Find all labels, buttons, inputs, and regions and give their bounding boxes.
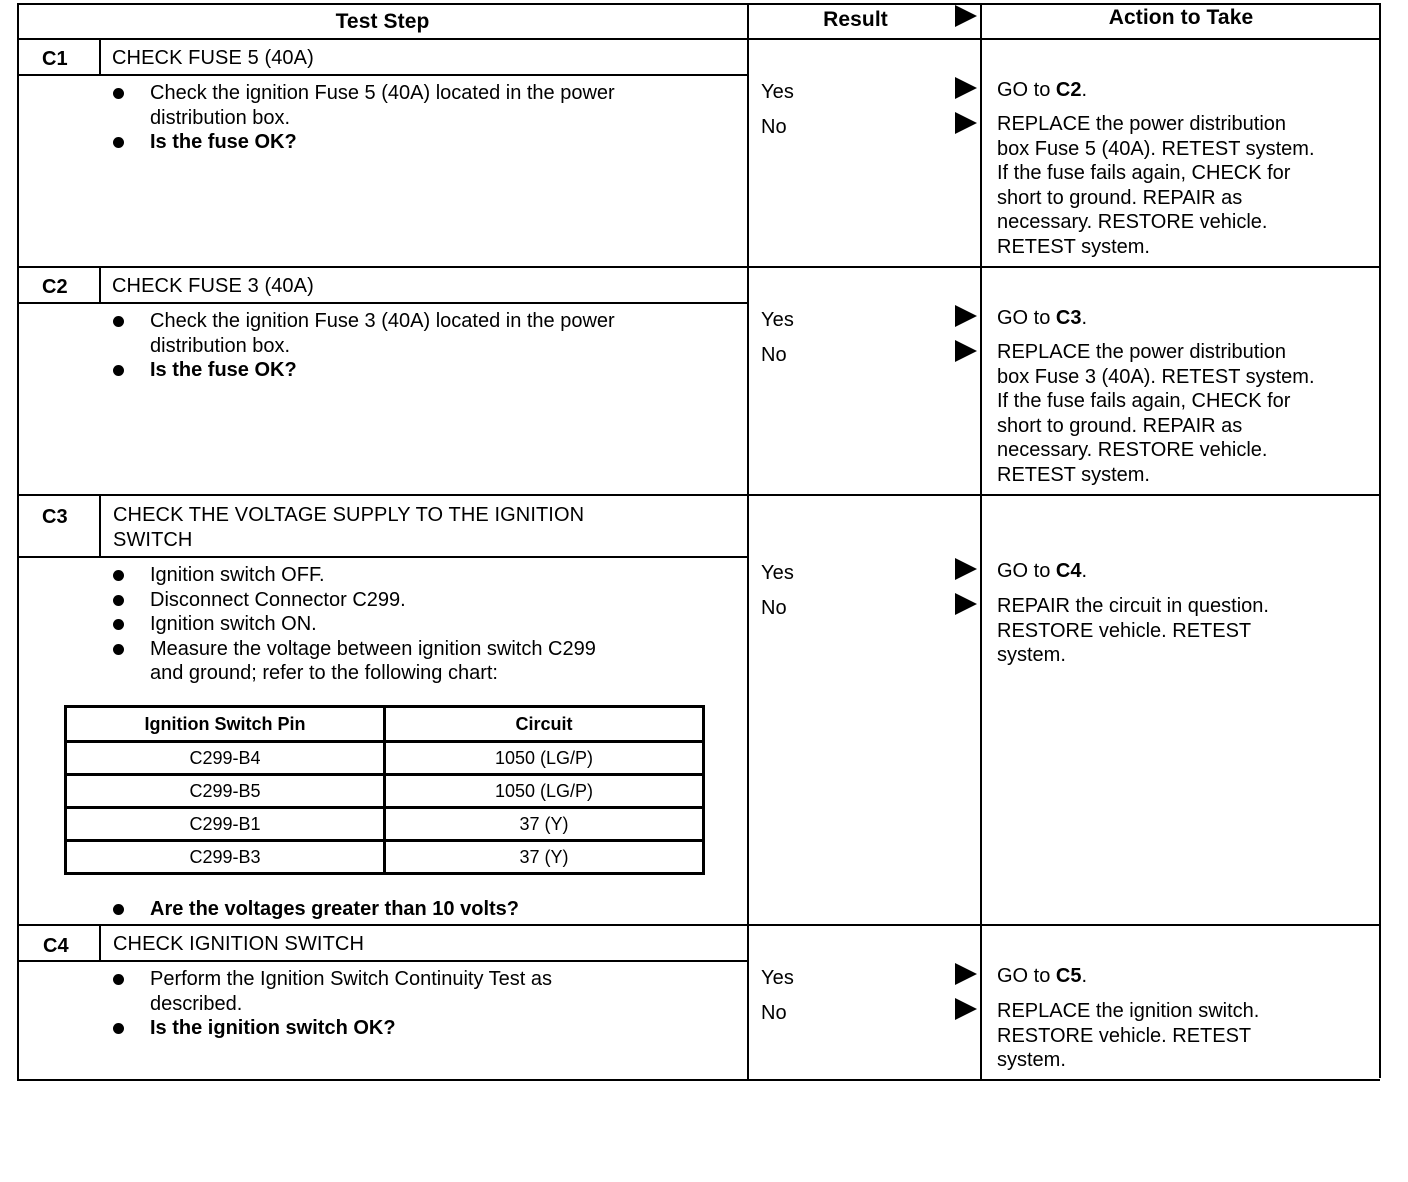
pin-cell: C299-B3 [66, 841, 385, 874]
step-separator [18, 494, 1380, 496]
result-no-c2: No [761, 343, 787, 368]
pin-cell: C299-B5 [66, 775, 385, 808]
step-id-c4: C4 [43, 934, 69, 959]
action-no-c4: REPLACE the ignition switch. RESTORE veh… [997, 999, 1259, 1073]
result-yes-c4: Yes [761, 966, 794, 991]
step-id-divider [99, 268, 101, 303]
pin-cell: C299-B1 [66, 808, 385, 841]
action-no-c2: REPLACE the power distribution box Fuse … [997, 340, 1315, 487]
step-title-underline [18, 74, 749, 76]
instruction-item: Ignition switch ON. [113, 612, 596, 637]
step-separator [18, 266, 1380, 268]
header-action: Action to Take [982, 6, 1380, 31]
no-arrow-icon [955, 998, 977, 1020]
yes-arrow-icon [955, 305, 977, 327]
step-c1-instructions: Check the ignition Fuse 5 (40A) located … [113, 81, 615, 155]
circuit-cell: 1050 (LG/P) [385, 775, 704, 808]
bullet-icon [113, 570, 124, 581]
column-divider-action [980, 3, 982, 1081]
result-yes-c1: Yes [761, 80, 794, 105]
result-no-c1: No [761, 115, 787, 140]
table-row: C299-B5 1050 (LG/P) [66, 775, 704, 808]
header-bottom-border [18, 38, 1380, 40]
no-arrow-icon [955, 340, 977, 362]
bullet-icon [113, 316, 124, 327]
yes-arrow-icon [955, 77, 977, 99]
step-title-c4: CHECK IGNITION SWITCH [113, 932, 364, 957]
no-arrow-icon [955, 593, 977, 615]
step-id-divider [99, 496, 101, 558]
table-row: C299-B3 37 (Y) [66, 841, 704, 874]
step-id-divider [99, 40, 101, 75]
diagnostic-test-table: Test Step Result Action to Take C1 CHECK… [0, 0, 1408, 1182]
step-id-c3: C3 [42, 505, 68, 530]
step-title-underline [18, 302, 749, 304]
bullet-icon [113, 88, 124, 99]
table-bottom-border [18, 1079, 1380, 1081]
action-yes-c4: GO to C5. [997, 964, 1087, 989]
header-result: Result [749, 8, 962, 33]
result-yes-c3: Yes [761, 561, 794, 586]
step-title-c3-line1: CHECK THE VOLTAGE SUPPLY TO THE IGNITION [113, 503, 584, 528]
ignition-switch-pin-chart: Ignition Switch Pin Circuit C299-B4 1050… [64, 705, 705, 875]
step-c3-question: Are the voltages greater than 10 volts? [113, 897, 519, 922]
step-c3-instructions: Ignition switch OFF. Disconnect Connecto… [113, 563, 596, 686]
bullet-icon [113, 644, 124, 655]
result-no-c3: No [761, 596, 787, 621]
step-id-c2: C2 [42, 275, 68, 300]
bullet-icon [113, 974, 124, 985]
goto-step-link: C5 [1056, 965, 1082, 987]
circuit-cell: 37 (Y) [385, 841, 704, 874]
table-left-border [17, 3, 19, 1081]
bullet-icon [113, 904, 124, 915]
no-arrow-icon [955, 112, 977, 134]
step-id-divider [99, 926, 101, 961]
circuit-cell: 37 (Y) [385, 808, 704, 841]
step-title-underline [18, 960, 749, 962]
step-title-c1: CHECK FUSE 5 (40A) [112, 46, 314, 71]
instruction-item: Disconnect Connector C299. [113, 588, 596, 613]
instruction-item: Ignition switch OFF. [113, 563, 596, 588]
yes-arrow-icon [955, 558, 977, 580]
table-row: C299-B4 1050 (LG/P) [66, 742, 704, 775]
bullet-icon [113, 595, 124, 606]
instruction-question: Are the voltages greater than 10 volts? [113, 897, 519, 922]
step-title-c3-line2: SWITCH [113, 528, 192, 553]
chart-header-pin: Ignition Switch Pin [66, 707, 385, 742]
table-row: C299-B1 37 (Y) [66, 808, 704, 841]
yes-arrow-icon [955, 963, 977, 985]
step-title-c2: CHECK FUSE 3 (40A) [112, 274, 314, 299]
action-yes-c3: GO to C4. [997, 559, 1087, 584]
column-divider-result [747, 3, 749, 1081]
goto-step-link: C3 [1056, 307, 1082, 329]
circuit-cell: 1050 (LG/P) [385, 742, 704, 775]
bullet-icon [113, 137, 124, 148]
table-right-border [1379, 3, 1381, 1078]
header-test-step: Test Step [18, 10, 747, 35]
goto-step-link: C2 [1056, 79, 1082, 101]
table-top-border [18, 3, 1380, 5]
result-no-c4: No [761, 1001, 787, 1026]
step-c4-instructions: Perform the Ignition Switch Continuity T… [113, 967, 552, 1041]
action-no-c1: REPLACE the power distribution box Fuse … [997, 112, 1315, 259]
pin-cell: C299-B4 [66, 742, 385, 775]
result-yes-c2: Yes [761, 308, 794, 333]
bullet-icon [113, 365, 124, 376]
step-title-underline [18, 556, 749, 558]
goto-step-link: C4 [1056, 560, 1082, 582]
bullet-icon [113, 619, 124, 630]
instruction-question: Is the fuse OK? [113, 130, 615, 155]
instruction-item: Perform the Ignition Switch Continuity T… [113, 967, 552, 1016]
instruction-item: Check the ignition Fuse 5 (40A) located … [113, 81, 615, 130]
action-yes-c1: GO to C2. [997, 78, 1087, 103]
instruction-question: Is the ignition switch OK? [113, 1016, 552, 1041]
bullet-icon [113, 1023, 124, 1034]
instruction-item: Check the ignition Fuse 3 (40A) located … [113, 309, 615, 358]
action-no-c3: REPAIR the circuit in question. RESTORE … [997, 594, 1269, 668]
step-id-c1: C1 [42, 47, 68, 72]
action-yes-c2: GO to C3. [997, 306, 1087, 331]
header-arrow-icon [955, 5, 977, 27]
instruction-item: Measure the voltage between ignition swi… [113, 637, 596, 686]
step-c2-instructions: Check the ignition Fuse 3 (40A) located … [113, 309, 615, 383]
step-separator [18, 924, 1380, 926]
chart-header-circuit: Circuit [385, 707, 704, 742]
instruction-question: Is the fuse OK? [113, 358, 615, 383]
